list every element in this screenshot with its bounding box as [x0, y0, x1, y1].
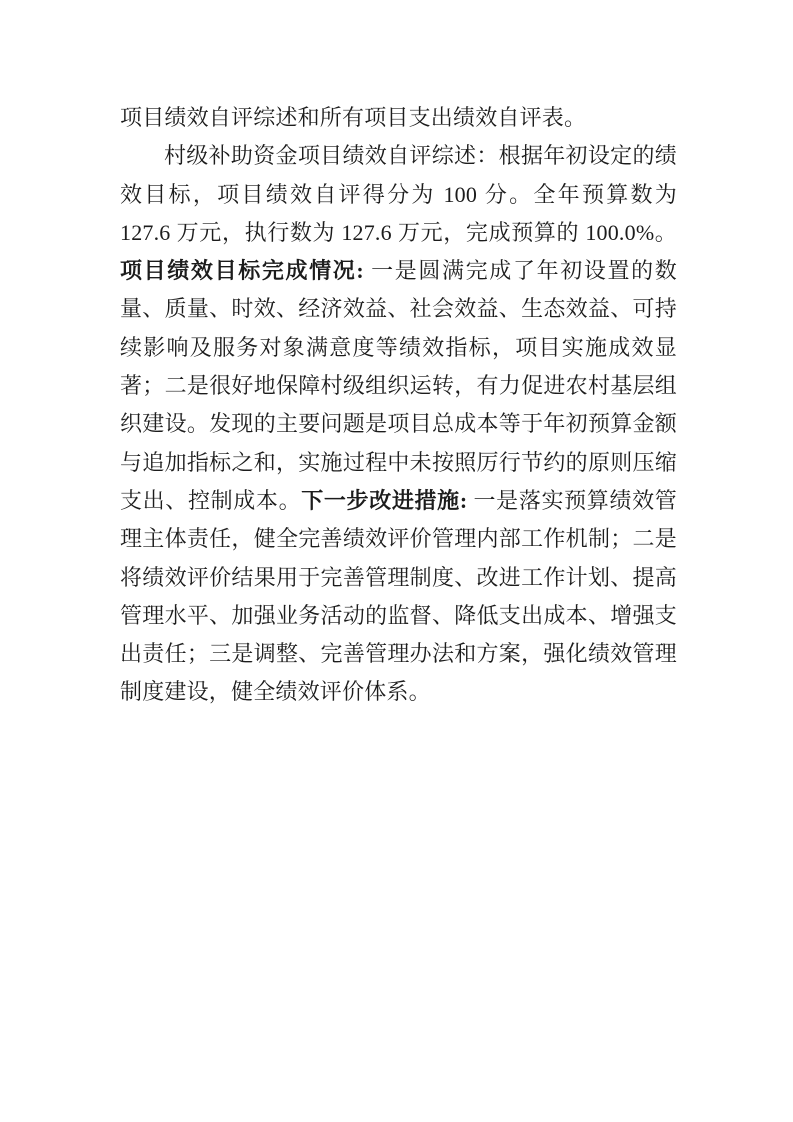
- next-step-measures-text: 一是落实预算绩效管理主体责任，健全完善绩效评价管理内部工作机制；二是将绩效评价结…: [120, 488, 677, 704]
- paragraph-continuation-text: 项目绩效自评综述和所有项目支出绩效自评表。: [120, 105, 586, 130]
- performance-goal-completion-label: 项目绩效目标完成情况:: [120, 258, 364, 283]
- next-step-measures-label: 下一步改进措施:: [301, 488, 467, 513]
- page-body-text: 项目绩效自评综述和所有项目支出绩效自评表。 村级补助资金项目绩效自评综述：根据年…: [120, 99, 677, 712]
- summary-intro-text: 村级补助资金项目绩效自评综述：根据年初设定的绩效目标，项目绩效自评得分为 100…: [120, 143, 677, 245]
- paragraph-village-subsidy-summary: 村级补助资金项目绩效自评综述：根据年初设定的绩效目标，项目绩效自评得分为 100…: [120, 137, 677, 711]
- document-page: 项目绩效自评综述和所有项目支出绩效自评表。 村级补助资金项目绩效自评综述：根据年…: [0, 0, 793, 1122]
- performance-goal-completion-text: 一是圆满完成了年初设置的数量、质量、时效、经济效益、社会效益、生态效益、可持续影…: [120, 258, 677, 513]
- paragraph-continuation: 项目绩效自评综述和所有项目支出绩效自评表。: [120, 99, 677, 137]
